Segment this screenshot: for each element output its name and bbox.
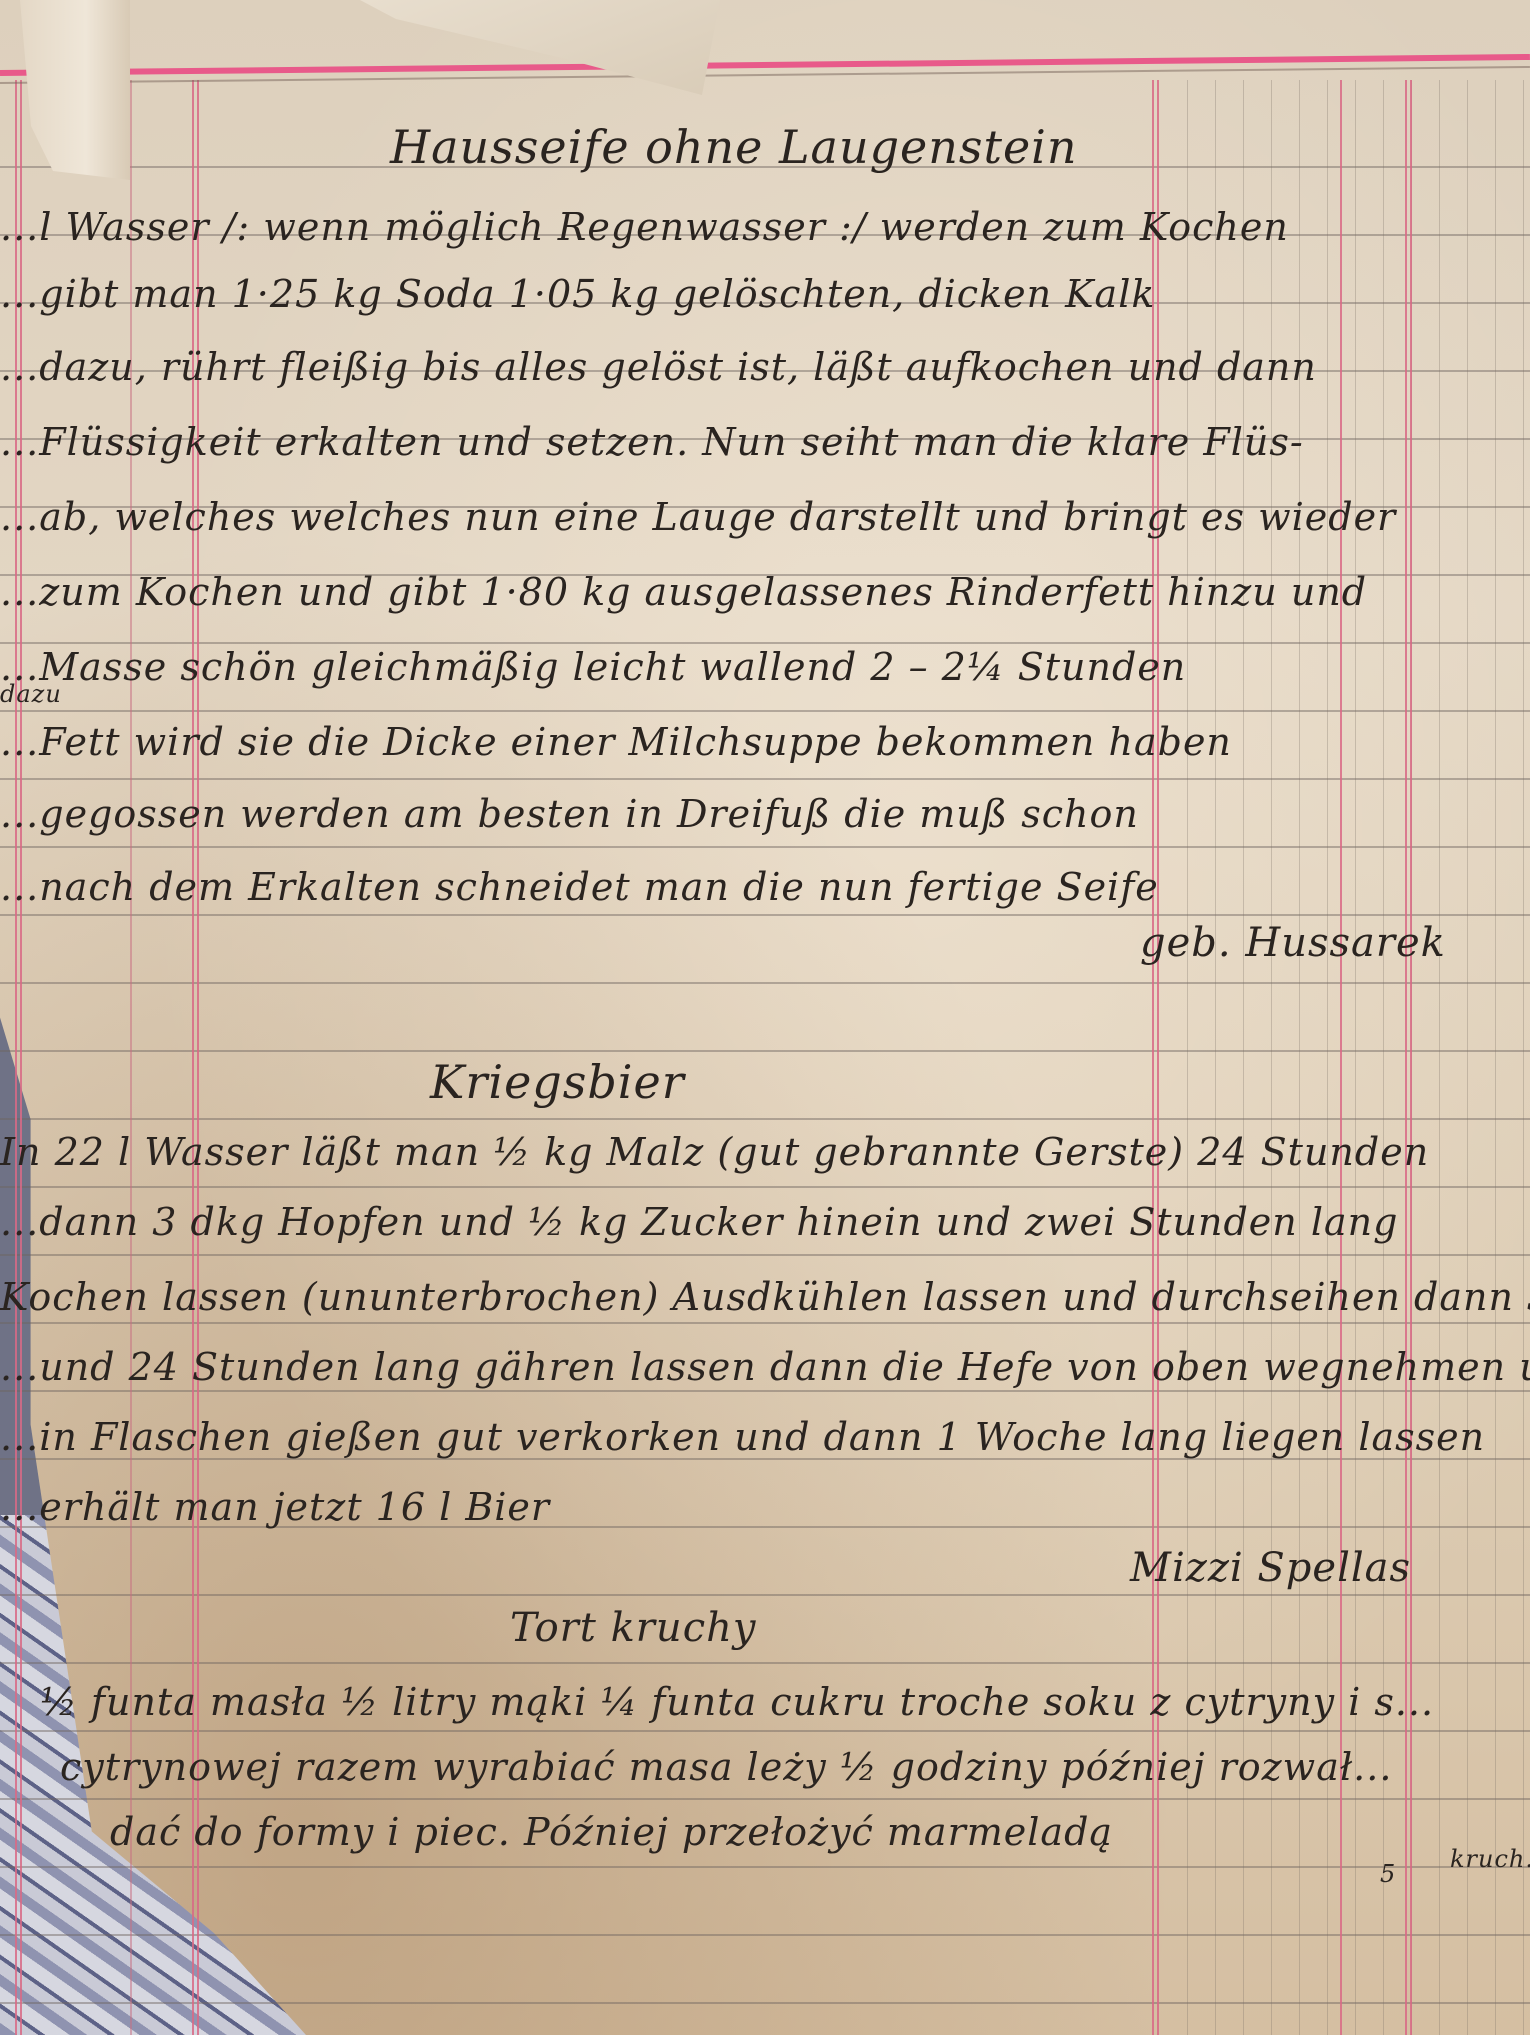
recipe-line: ...ab, welches welches nun eine Lauge da… bbox=[0, 495, 1396, 539]
recipe-line: ...Flüssigkeit erkalten und setzen. Nun … bbox=[0, 420, 1304, 464]
recipe-line: cytrynowej razem wyrabiać masa leży ½ go… bbox=[60, 1745, 1392, 1789]
recipe-line: ...Fett wird sie die Dicke einer Milchsu… bbox=[0, 720, 1232, 764]
recipe-line: ...Masse schön gleichmäßig leicht wallen… bbox=[0, 645, 1186, 689]
recipe-signature: Mizzi Spellas bbox=[1130, 1545, 1411, 1591]
recipe-line: ...zum Kochen und gibt 1·80 kg ausgelass… bbox=[0, 570, 1367, 614]
recipe-line: ...nach dem Erkalten schneidet man die n… bbox=[0, 865, 1159, 909]
recipe-line: ...gibt man 1·25 kg Soda 1·05 kg gelösch… bbox=[0, 272, 1155, 316]
margin-note: kruch... bbox=[1450, 1845, 1530, 1873]
recipe-title: Hausseife ohne Laugenstein bbox=[390, 120, 1078, 174]
recipe-line: ...in Flaschen gießen gut verkorken und … bbox=[0, 1415, 1485, 1459]
recipe-line: dać do formy i piec. Później przełożyć m… bbox=[110, 1810, 1113, 1854]
recipe-line: In 22 l Wasser läßt man ½ kg Malz (gut g… bbox=[0, 1130, 1429, 1174]
recipe-title: Tort kruchy bbox=[510, 1605, 756, 1651]
recipe-line: ...l Wasser /: wenn möglich Regenwasser … bbox=[0, 205, 1289, 249]
recipe-line: ...dann 3 dkg Hopfen und ½ kg Zucker hin… bbox=[0, 1200, 1398, 1244]
margin-fragment: dazu bbox=[0, 680, 62, 708]
recipe-line: ...und 24 Stunden lang gähren lassen dan… bbox=[0, 1345, 1530, 1389]
column-line-2 bbox=[1340, 80, 1342, 2035]
recipe-line: ...erhält man jetzt 16 l Bier bbox=[0, 1485, 550, 1529]
recipe-signature: geb. Hussarek bbox=[1140, 920, 1446, 966]
recipe-line: Kochen lassen (ununterbrochen) Ausdkühle… bbox=[0, 1275, 1530, 1319]
recipe-line: ...gegossen werden am besten in Dreifuß … bbox=[0, 792, 1139, 836]
recipe-line: ...dazu, rührt fleißig bis alles gelöst … bbox=[0, 345, 1317, 389]
margin-note: 5 bbox=[1380, 1860, 1396, 1888]
recipe-title: Kriegsbier bbox=[430, 1055, 685, 1109]
column-line-3 bbox=[1405, 80, 1407, 2035]
recipe-line: ½ funta masła ½ litry mąki ¼ funta cukru… bbox=[40, 1680, 1434, 1724]
